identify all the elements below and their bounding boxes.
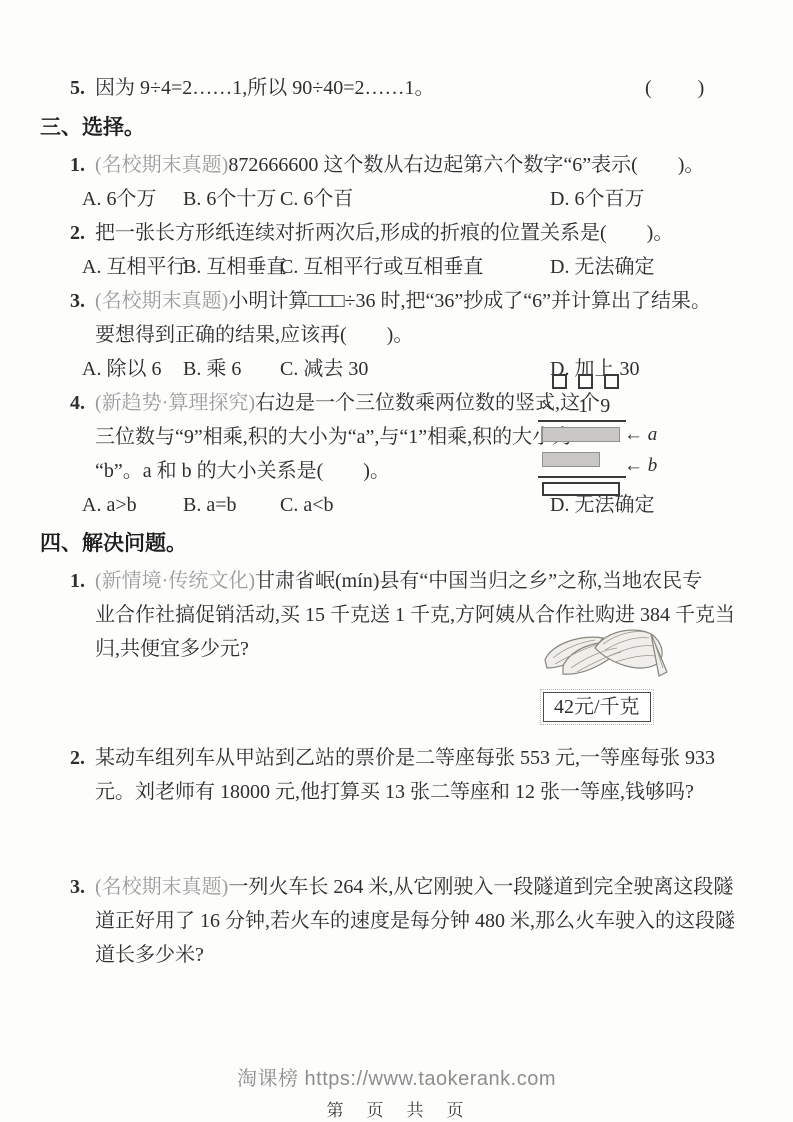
option-a: A. 互相平行: [82, 250, 183, 284]
worksheet-content: 5. 因为 9÷4=2……1,所以 90÷40=2……1。 ( ) 三、选择。 …: [0, 0, 793, 972]
question-tag: (名校期末真题): [95, 290, 228, 312]
option-c: C. 减去 30: [280, 352, 550, 386]
partial-product-b-row: ← b: [538, 450, 690, 472]
option-a: A. 6个万: [82, 182, 183, 216]
question-body: 把一张长方形纸连续对折两次后,形成的折痕的位置关系是( )。: [95, 222, 673, 244]
multiplication-diagram: × 1 9 ← a ← b: [538, 374, 690, 496]
partial-product-a-row: ← a: [538, 425, 690, 447]
digit-box: [604, 374, 619, 389]
rule-line: [538, 476, 626, 478]
solve-problem-1: 1. (新情境·传统文化)甘肃省岷(mín)县有“中国当归之乡”之称,当地农民专…: [40, 564, 740, 666]
question-number: 5.: [70, 74, 85, 102]
multiplier-digit: 1: [578, 396, 588, 416]
label-a: a: [648, 424, 658, 445]
label-b: b: [648, 455, 658, 476]
final-product-bar: [542, 482, 620, 496]
herb-figure: 42元/千克: [533, 618, 693, 733]
choice-question-1: 1. (名校期末真题)872666600 这个数从右边起第六个数字“6”表示( …: [40, 148, 740, 216]
section-title-choice: 三、选择。: [40, 114, 740, 142]
multiplier-digit: 9: [600, 396, 610, 416]
question-number: 4.: [70, 386, 85, 420]
judgment-item-5: 5. 因为 9÷4=2……1,所以 90÷40=2……1。 ( ): [40, 74, 740, 102]
question-body: 某动车组列车从甲站到乙站的票价是二等座每张 553 元,一等座每张 933 元。…: [95, 747, 715, 803]
arrow-label-b: ← b: [624, 456, 657, 475]
left-arrow-icon: ←: [624, 455, 648, 476]
question-tag: (名校期末真题): [95, 154, 228, 176]
question-tag: (新情境·传统文化): [95, 570, 255, 592]
question-tag: (新趋势·算理探究): [95, 392, 255, 414]
option-b: B. 互相垂直: [183, 250, 280, 284]
option-c: C. 6个百: [280, 182, 550, 216]
multiplier-row: × 1 9: [538, 392, 690, 416]
multiplicand-boxes: [552, 374, 690, 389]
answer-bracket: ( ): [645, 74, 706, 102]
question-text: 某动车组列车从甲站到乙站的票价是二等座每张 553 元,一等座每张 933 元。…: [95, 741, 740, 809]
choice-question-4: 4. (新趋势·算理探究)右边是一个三位数乘两位数的竖式,这个 三位数与“9”相…: [40, 386, 740, 522]
partial-product-a-bar: [542, 427, 620, 442]
question-text: (名校期末真题)一列火车长 264 米,从它刚驶入一段隧道到完全驶离这段隧 道正…: [95, 870, 740, 972]
option-d: D. 6个百万: [550, 182, 740, 216]
choice-question-2: 2. 把一张长方形纸连续对折两次后,形成的折痕的位置关系是( )。 A. 互相平…: [40, 216, 740, 284]
options-row: A. 互相平行 B. 互相垂直 C. 互相平行或互相垂直 D. 无法确定: [82, 250, 740, 284]
herb-image: [533, 618, 683, 690]
worksheet-page: 5. 因为 9÷4=2……1,所以 90÷40=2……1。 ( ) 三、选择。 …: [0, 0, 793, 1122]
question-text: (名校期末真题)872666600 这个数从右边起第六个数字“6”表示( )。: [95, 148, 740, 182]
footer-site-link: 淘课榜 https://www.taokerank.com: [0, 1062, 793, 1091]
option-c: C. 互相平行或互相垂直: [280, 250, 550, 284]
question-body: 872666600 这个数从右边起第六个数字“6”表示( )。: [228, 154, 704, 176]
page-footer: 淘课榜 https://www.taokerank.com 第 页 共 页: [0, 1062, 793, 1121]
question-text: (名校期末真题)小明计算□□□÷36 时,把“36”抄成了“6”并计算出了结果。…: [95, 284, 740, 352]
digit-box: [578, 374, 593, 389]
question-number: 2.: [70, 216, 85, 250]
question-text: 把一张长方形纸连续对折两次后,形成的折痕的位置关系是( )。: [95, 216, 740, 250]
option-b: B. a=b: [183, 488, 280, 522]
option-b: B. 6个十万: [183, 182, 280, 216]
digit-box: [552, 374, 567, 389]
arrow-label-a: ← a: [624, 425, 657, 444]
multiply-sign: ×: [541, 396, 552, 416]
price-label: 42元/千克: [543, 692, 651, 722]
option-b: B. 乘 6: [183, 352, 280, 386]
option-d: D. 无法确定: [550, 250, 740, 284]
option-c: C. a<b: [280, 488, 550, 522]
solve-problem-3: 3. (名校期末真题)一列火车长 264 米,从它刚驶入一段隧道到完全驶离这段隧…: [40, 870, 740, 972]
question-number: 3.: [70, 284, 85, 318]
option-a: A. 除以 6: [82, 352, 183, 386]
rule-line: [538, 420, 626, 422]
partial-product-b-bar: [542, 452, 600, 467]
question-number: 1.: [70, 564, 85, 598]
question-tag: (名校期末真题): [95, 876, 228, 898]
options-row: A. 6个万 B. 6个十万 C. 6个百 D. 6个百万: [82, 182, 740, 216]
question-number: 2.: [70, 741, 85, 775]
option-a: A. a>b: [82, 488, 183, 522]
solve-problem-2: 2. 某动车组列车从甲站到乙站的票价是二等座每张 553 元,一等座每张 933…: [40, 741, 740, 809]
question-text: 因为 9÷4=2……1,所以 90÷40=2……1。: [95, 77, 435, 99]
left-arrow-icon: ←: [624, 424, 648, 445]
choice-question-3: 3. (名校期末真题)小明计算□□□÷36 时,把“36”抄成了“6”并计算出了…: [40, 284, 740, 386]
footer-page-number: 第 页 共 页: [0, 1096, 793, 1121]
question-number: 3.: [70, 870, 85, 904]
section-title-solve: 四、解决问题。: [40, 530, 740, 558]
question-number: 1.: [70, 148, 85, 182]
